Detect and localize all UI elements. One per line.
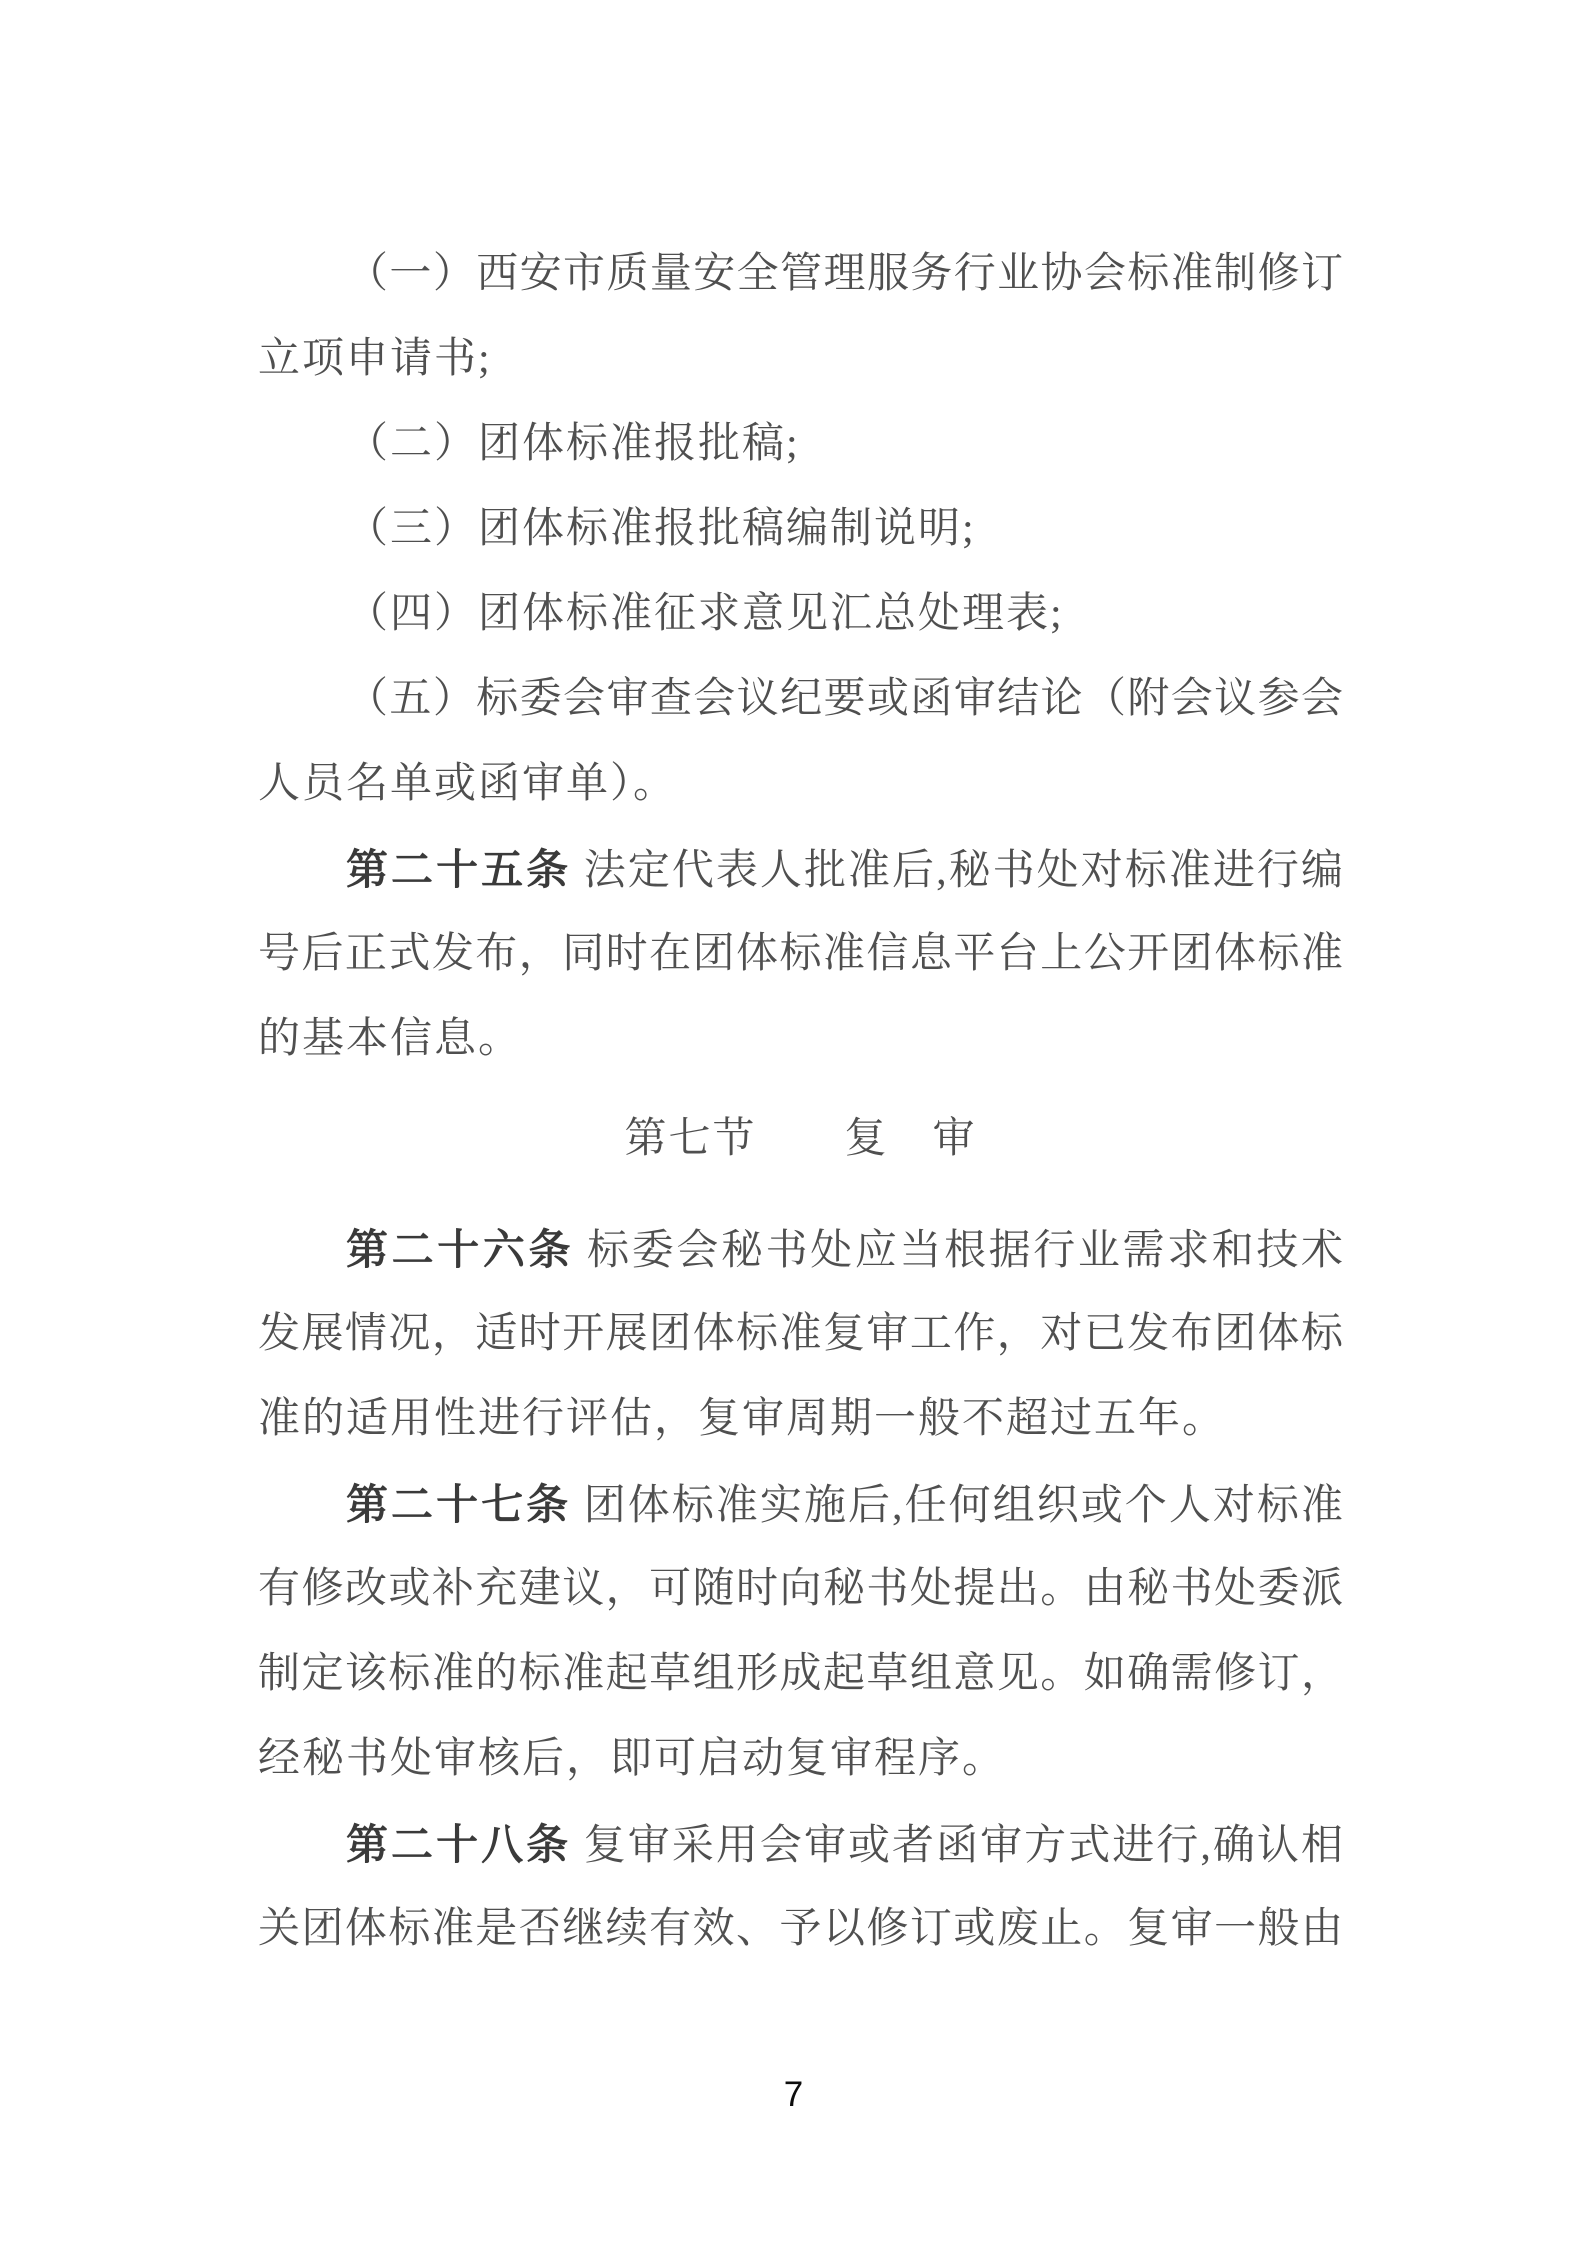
text-line: （五）标委会审查会议纪要或函审结论（附会议参会 xyxy=(258,657,1343,742)
article-number: 第二十八条 xyxy=(346,1821,571,1868)
text-line: （一）西安市质量安全管理服务行业协会标准制修订 xyxy=(258,232,1343,317)
article-line: 第二十五条 法定代表人批准后,秘书处对标准进行编 xyxy=(258,827,1343,912)
text-line: 关团体标准是否继续有效、予以修订或废止。复审一般由 xyxy=(258,1887,1343,1972)
article-number: 第二十五条 xyxy=(346,846,571,893)
text-line: 经秘书处审核后，即可启动复审程序。 xyxy=(258,1717,1343,1802)
text-line: （三）团体标准报批稿编制说明; xyxy=(258,487,1343,572)
text-line: 发展情况，适时开展团体标准复审工作，对已发布团体标 xyxy=(258,1292,1343,1377)
article-text: 团体标准实施后,任何组织或个人对标准 xyxy=(571,1483,1343,1529)
text-line: （二）团体标准报批稿; xyxy=(258,402,1343,487)
article-text: 标委会秘书处应当根据行业需求和技术 xyxy=(574,1228,1343,1274)
document-page: （一）西安市质量安全管理服务行业协会标准制修订 立项申请书; （二）团体标准报批… xyxy=(0,0,1587,2245)
article-number: 第二十六条 xyxy=(346,1226,574,1273)
text-line: 制定该标准的标准起草组形成起草组意见。如确需修订， xyxy=(258,1632,1343,1717)
text-line: 立项申请书; xyxy=(258,317,1343,402)
article-line: 第二十八条 复审采用会审或者函审方式进行,确认相 xyxy=(258,1802,1343,1887)
text-line: 准的适用性进行评估，复审周期一般不超过五年。 xyxy=(258,1377,1343,1462)
article-line: 第二十六条 标委会秘书处应当根据行业需求和技术 xyxy=(258,1207,1343,1292)
article-number: 第二十七条 xyxy=(346,1481,571,1528)
text-line: （四）团体标准征求意见汇总处理表; xyxy=(258,572,1343,657)
article-text: 复审采用会审或者函审方式进行,确认相 xyxy=(571,1823,1343,1869)
text-line: 号后正式发布，同时在团体标准信息平台上公开团体标准 xyxy=(258,912,1343,997)
article-line: 第二十七条 团体标准实施后,任何组织或个人对标准 xyxy=(258,1462,1343,1547)
text-line: 人员名单或函审单）。 xyxy=(258,742,1343,827)
page-number: 7 xyxy=(0,2072,1587,2117)
document-body: （一）西安市质量安全管理服务行业协会标准制修订 立项申请书; （二）团体标准报批… xyxy=(258,232,1343,1972)
text-line: 有修改或补充建议，可随时向秘书处提出。由秘书处委派 xyxy=(258,1547,1343,1632)
article-text: 法定代表人批准后,秘书处对标准进行编 xyxy=(571,848,1343,894)
section-heading: 第七节 复 审 xyxy=(258,1097,1343,1182)
text-line: 的基本信息。 xyxy=(258,997,1343,1082)
